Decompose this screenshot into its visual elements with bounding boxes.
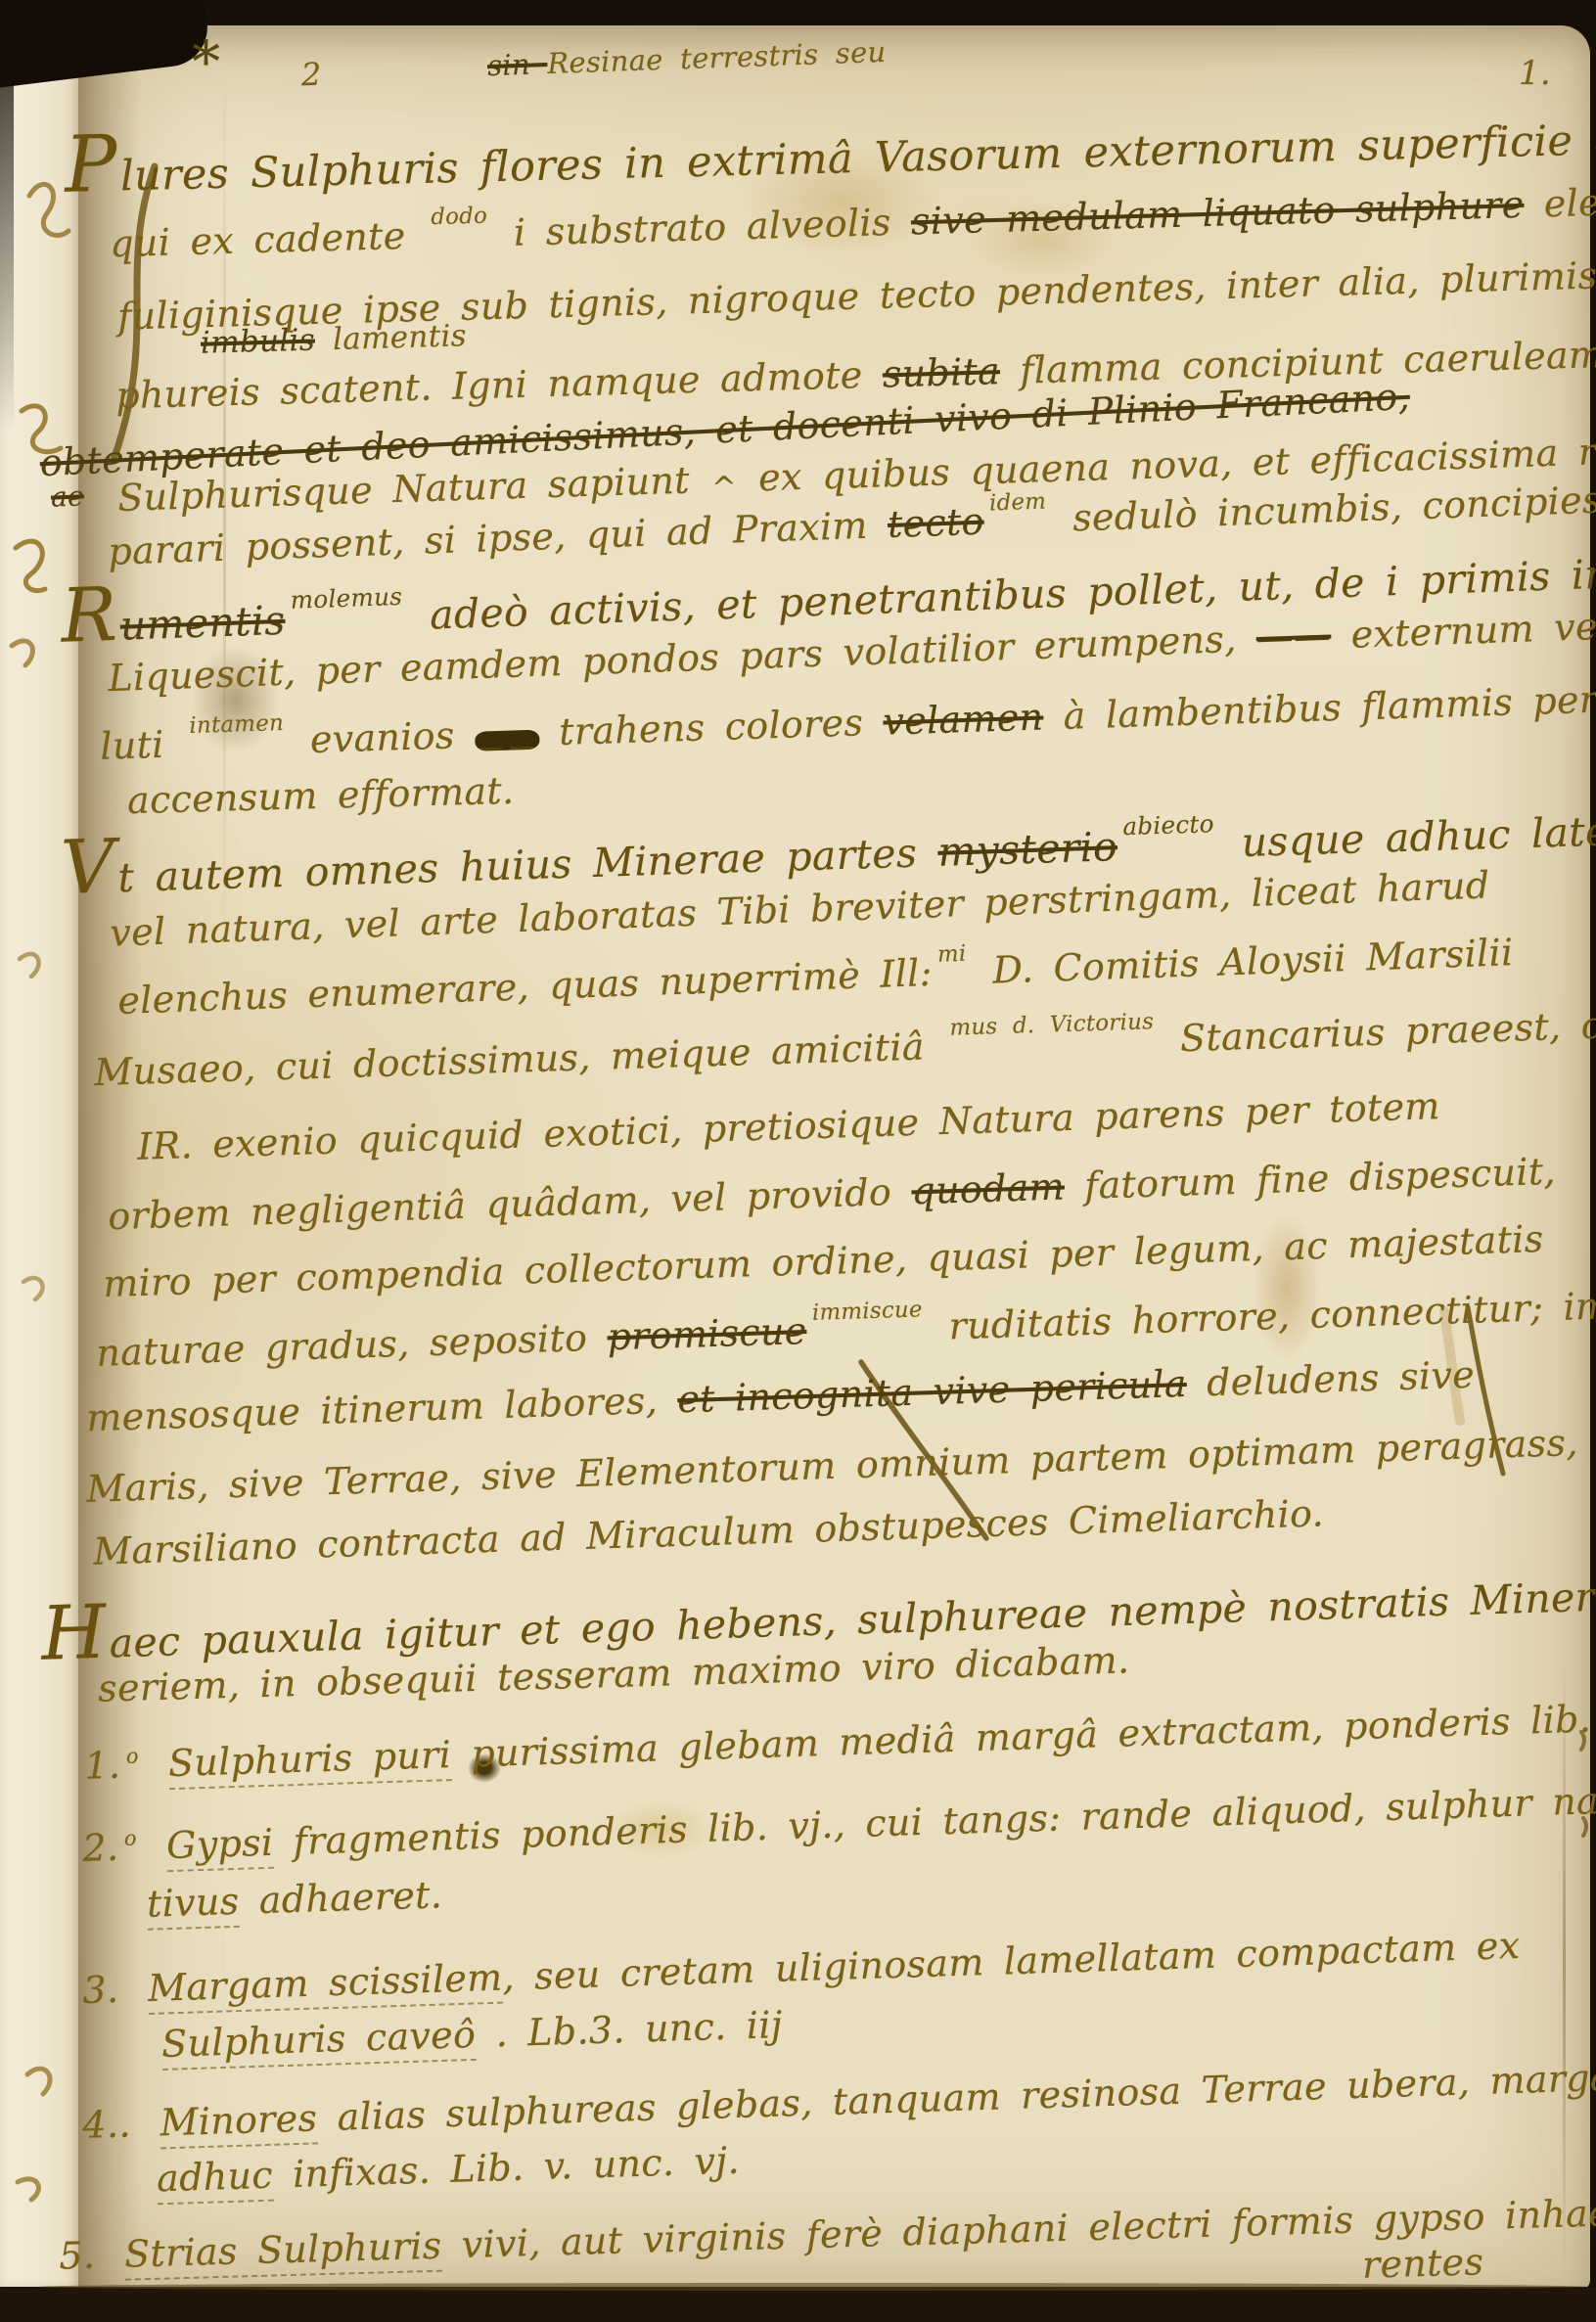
initial-segment: R (60, 571, 118, 660)
u-segment: Sulphuris caveô (160, 2013, 476, 2071)
text-segment: deludens sive (1186, 1353, 1475, 1405)
num-segment: 1. (84, 1744, 121, 1788)
strike-segment: imbulis (201, 323, 316, 361)
initial-segment: V (60, 823, 116, 911)
sup-segment: idem (989, 488, 1047, 516)
sup-segment: mi (937, 941, 967, 968)
supnum-segment: o (125, 1744, 139, 1767)
text-segment: . Lb.3. unc. iij (475, 2003, 783, 2056)
text-segment: luti (100, 722, 185, 768)
strike-segment: promiscue (607, 1309, 807, 1358)
strike-segment: umentis (119, 597, 286, 650)
sup-segment: mus d. Victorius (949, 1009, 1154, 1041)
strike-segment: mysterio (937, 823, 1118, 876)
num-segment: 2. (82, 1826, 119, 1870)
manuscript-photo: *2sin Resinae terrestris seu1.Plures Sul… (0, 0, 1596, 2322)
interline-insertion-1: imbulis lamentis (201, 319, 468, 361)
flourish-star: * (192, 29, 220, 95)
u-segment: Minores (160, 2096, 318, 2149)
strike-segment: ae (50, 479, 84, 513)
text-segment: qui ex cadente (110, 213, 427, 265)
u-segment: adhuc (156, 2154, 273, 2206)
strike-segment: velamen (883, 696, 1044, 744)
sup-segment: intamen (189, 710, 284, 739)
strike-segment: —— (1255, 615, 1332, 660)
sup-segment: immiscue (811, 1297, 923, 1326)
text-segment: elevati (1524, 179, 1596, 226)
caret-segment: ^ (711, 471, 738, 506)
strike-segment: tecto (887, 500, 984, 546)
u-segment: Gypsi (165, 1821, 274, 1872)
text-segment: accensum efformat. (126, 769, 514, 822)
list-item-5-continuation: rentes (1361, 2241, 1483, 2287)
u-segment: tivus (146, 1880, 240, 1931)
u-segment: Strias Sulphuris (124, 2224, 443, 2281)
previous-page-edge (0, 22, 84, 2293)
margin-mark: ae (50, 480, 84, 513)
blot-segment: == (475, 730, 540, 751)
text-segment: lamentis (314, 318, 467, 357)
strike-segment: sin (487, 47, 548, 82)
sup-segment: molemus (290, 583, 402, 615)
initial-segment: H (40, 1589, 108, 1677)
initial-segment: P (64, 117, 118, 209)
text-segment: 2 (300, 56, 322, 94)
sup-segment: dodo (431, 204, 488, 231)
text-segment: usque adhuc latentis silentio, (1220, 799, 1596, 867)
u-segment: Sulphuris puri (167, 1733, 452, 1790)
text-segment: * (192, 28, 220, 95)
strike-segment: quodam (911, 1165, 1066, 1213)
leaf-number: 2 (300, 57, 322, 93)
numgap-segment: 4.. (82, 2102, 132, 2147)
page-number: 1. (1519, 55, 1551, 93)
numgap-segment: 3. (82, 1968, 119, 2012)
text-segment: rentes (1361, 2240, 1483, 2286)
sup-segment: abiecto (1122, 810, 1214, 841)
text-segment: adhaeret. (239, 1873, 443, 1923)
text-segment: evanios (290, 713, 476, 762)
text-segment: externum ve= (1331, 604, 1596, 658)
text-segment: 1. (1519, 54, 1551, 93)
book-bottom-edge (0, 2287, 1596, 2322)
page-crease (1563, 1654, 1566, 2280)
numgap-segment: 5. (59, 2234, 96, 2278)
strike-segment: subita (882, 349, 1000, 395)
supnum-segment: o (124, 1826, 138, 1849)
